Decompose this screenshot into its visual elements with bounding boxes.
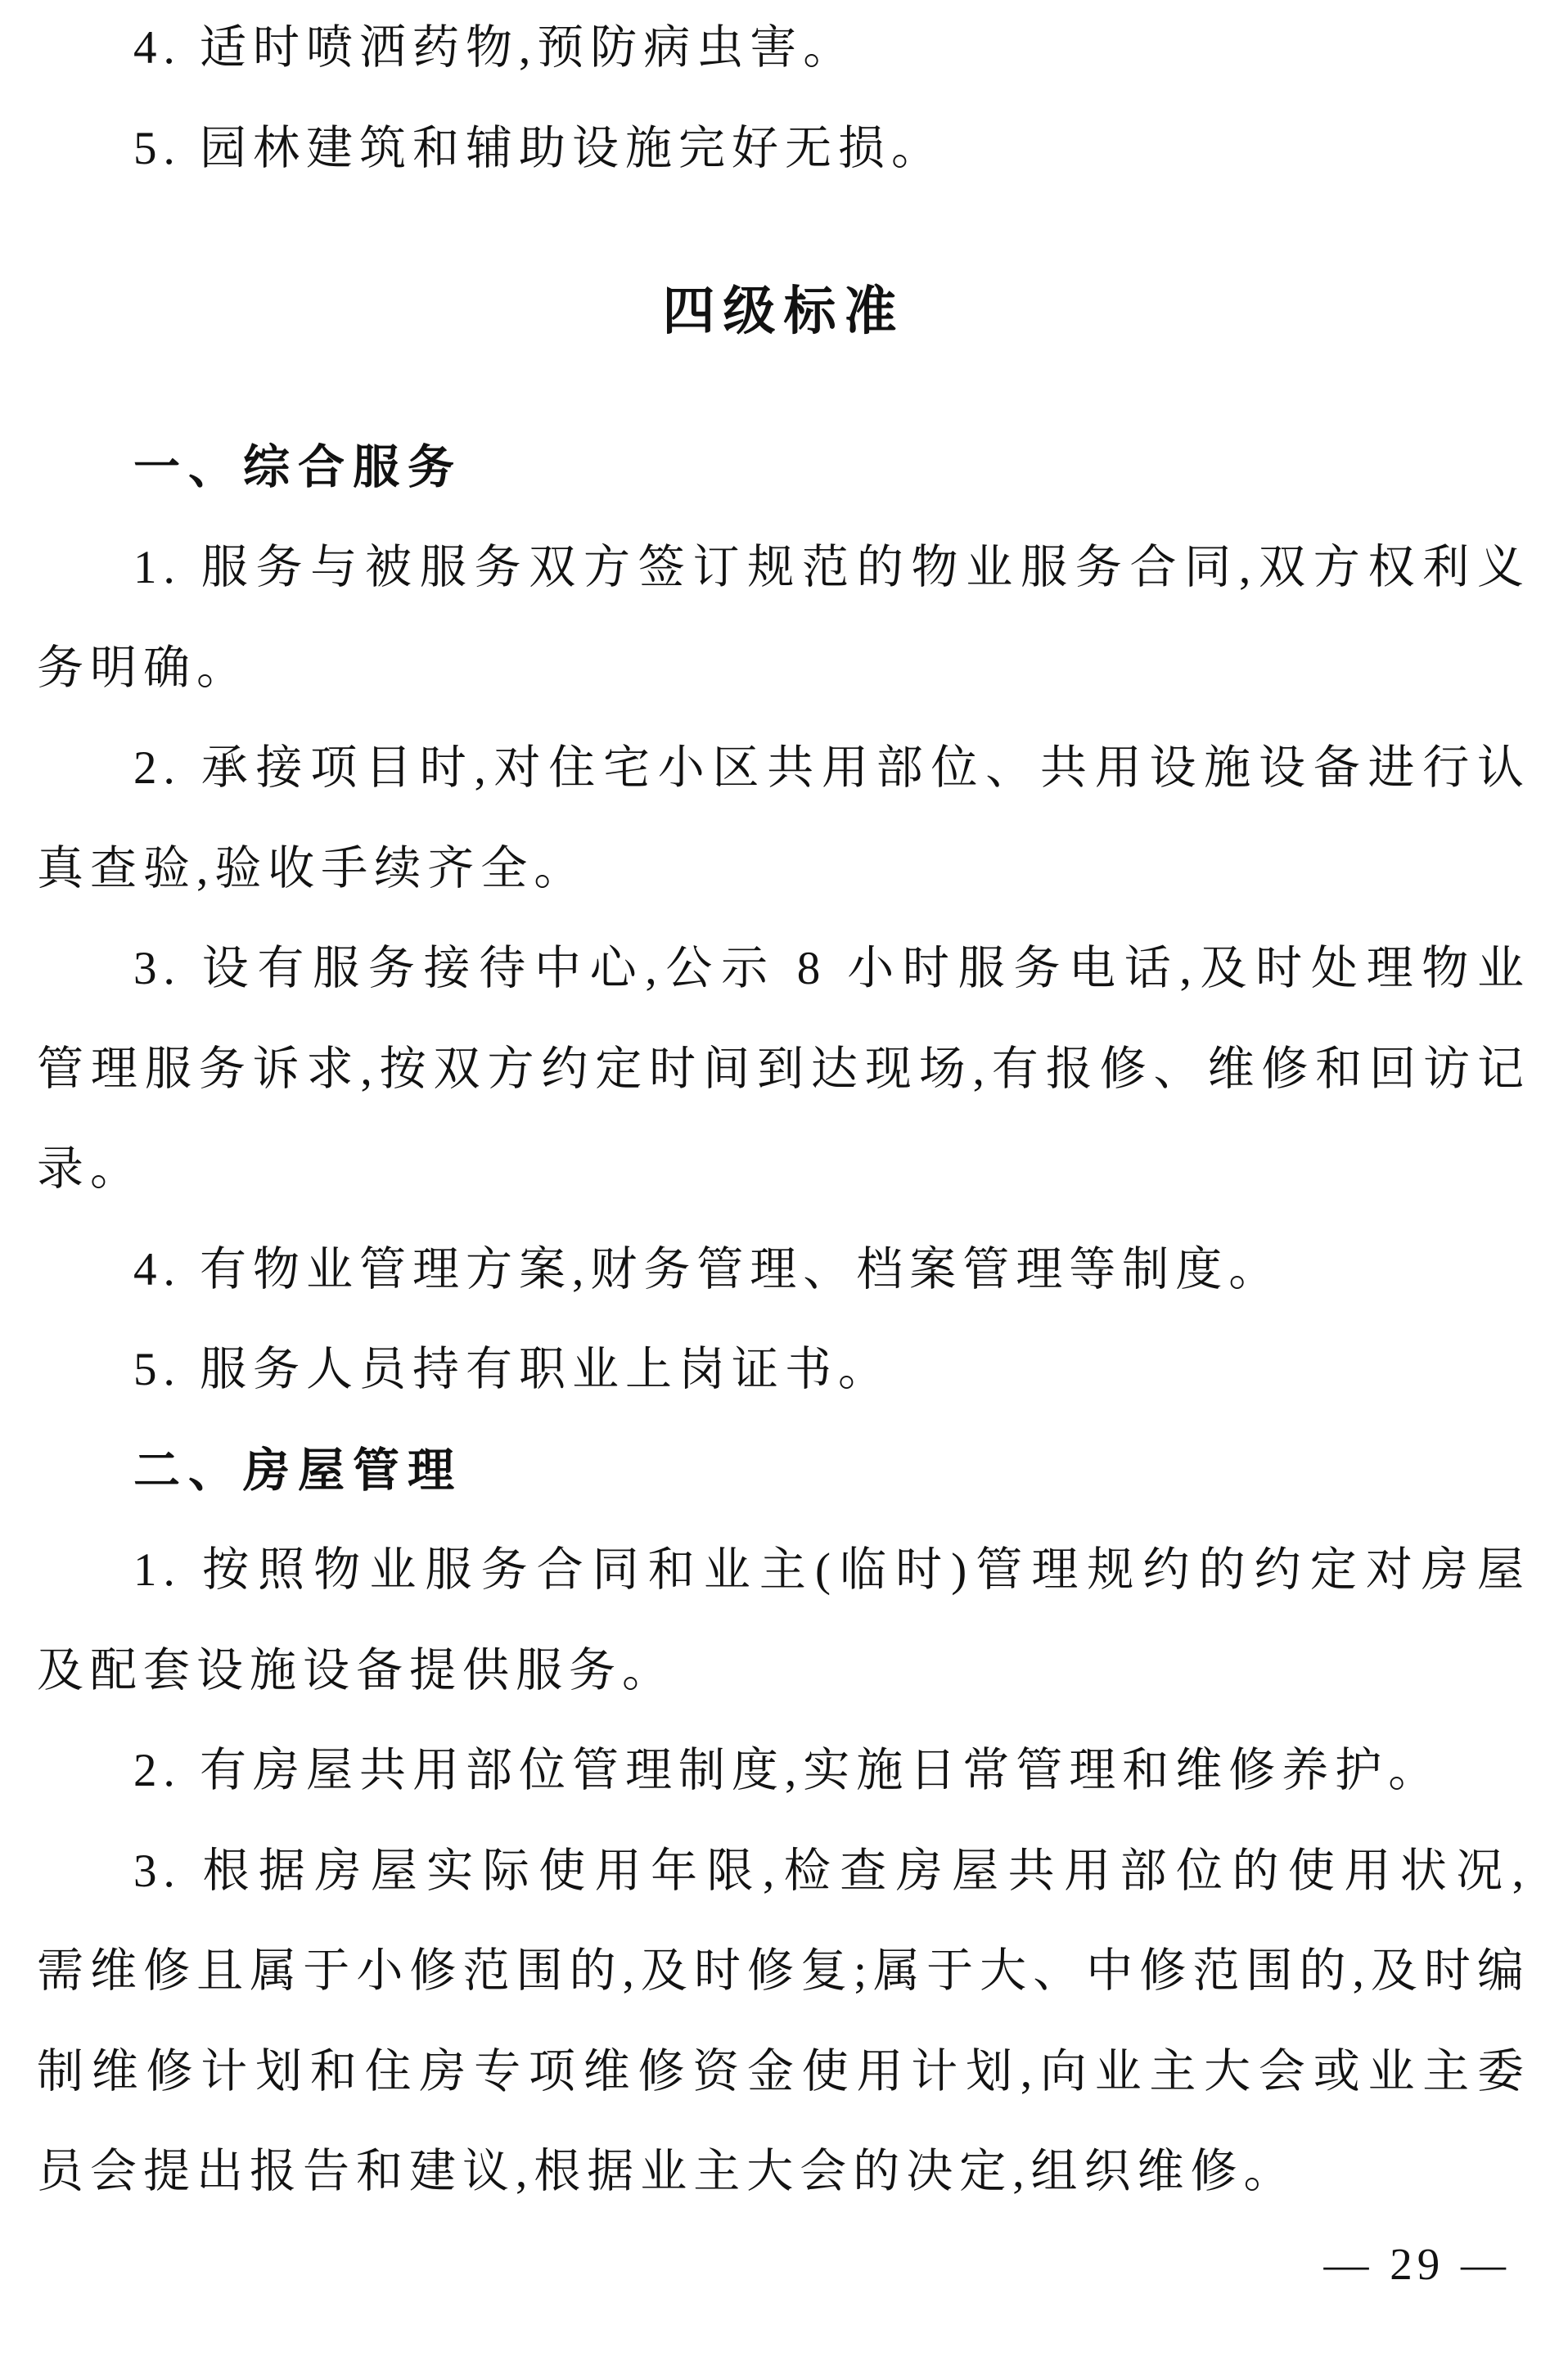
page-title: 四级标准 bbox=[37, 282, 1530, 340]
text-line: 真查验,验收手续齐全。 bbox=[37, 844, 1530, 894]
section-heading: 一、综合服务 bbox=[37, 442, 1530, 493]
text-line: 制维修计划和住房专项维修资金使用计划,向业主大会或业主委 bbox=[37, 2047, 1530, 2097]
text-line: 3. 设有服务接待中心,公示 8 小时服务电话,及时处理物业 bbox=[37, 944, 1530, 994]
text-line: 务明确。 bbox=[37, 643, 1530, 694]
text-line: 员会提出报告和建议,根据业主大会的决定,组织维修。 bbox=[37, 2147, 1530, 2197]
text-line: 录。 bbox=[37, 1144, 1530, 1195]
text-line: 4. 适时喷洒药物,预防病虫害。 bbox=[37, 23, 1530, 74]
text-line: 4. 有物业管理方案,财务管理、档案管理等制度。 bbox=[37, 1245, 1530, 1295]
text-line: 3. 根据房屋实际使用年限,检查房屋共用部位的使用状况, bbox=[37, 1846, 1530, 1897]
document-page: 4. 适时喷洒药物,预防病虫害。 5. 园林建筑和辅助设施完好无损。 四级标准 … bbox=[0, 0, 1568, 2370]
page-number: — 29 — bbox=[1324, 2241, 1512, 2288]
text-line: 管理服务诉求,按双方约定时间到达现场,有报修、维修和回访记 bbox=[37, 1044, 1530, 1095]
text-line: 5. 服务人员持有职业上岗证书。 bbox=[37, 1345, 1530, 1395]
text-line: 及配套设施设备提供服务。 bbox=[37, 1646, 1530, 1696]
section-heading: 二、房屋管理 bbox=[37, 1445, 1530, 1496]
text-line: 5. 园林建筑和辅助设施完好无损。 bbox=[37, 124, 1530, 174]
text-line: 1. 按照物业服务合同和业主(临时)管理规约的约定对房屋 bbox=[37, 1545, 1530, 1596]
text-line: 2. 有房屋共用部位管理制度,实施日常管理和维修养护。 bbox=[37, 1746, 1530, 1796]
text-line: 2. 承接项目时,对住宅小区共用部位、共用设施设备进行认 bbox=[37, 743, 1530, 794]
text-line: 1. 服务与被服务双方签订规范的物业服务合同,双方权利义 bbox=[37, 543, 1530, 593]
text-line: 需维修且属于小修范围的,及时修复;属于大、中修范围的,及时编 bbox=[37, 1946, 1530, 1997]
